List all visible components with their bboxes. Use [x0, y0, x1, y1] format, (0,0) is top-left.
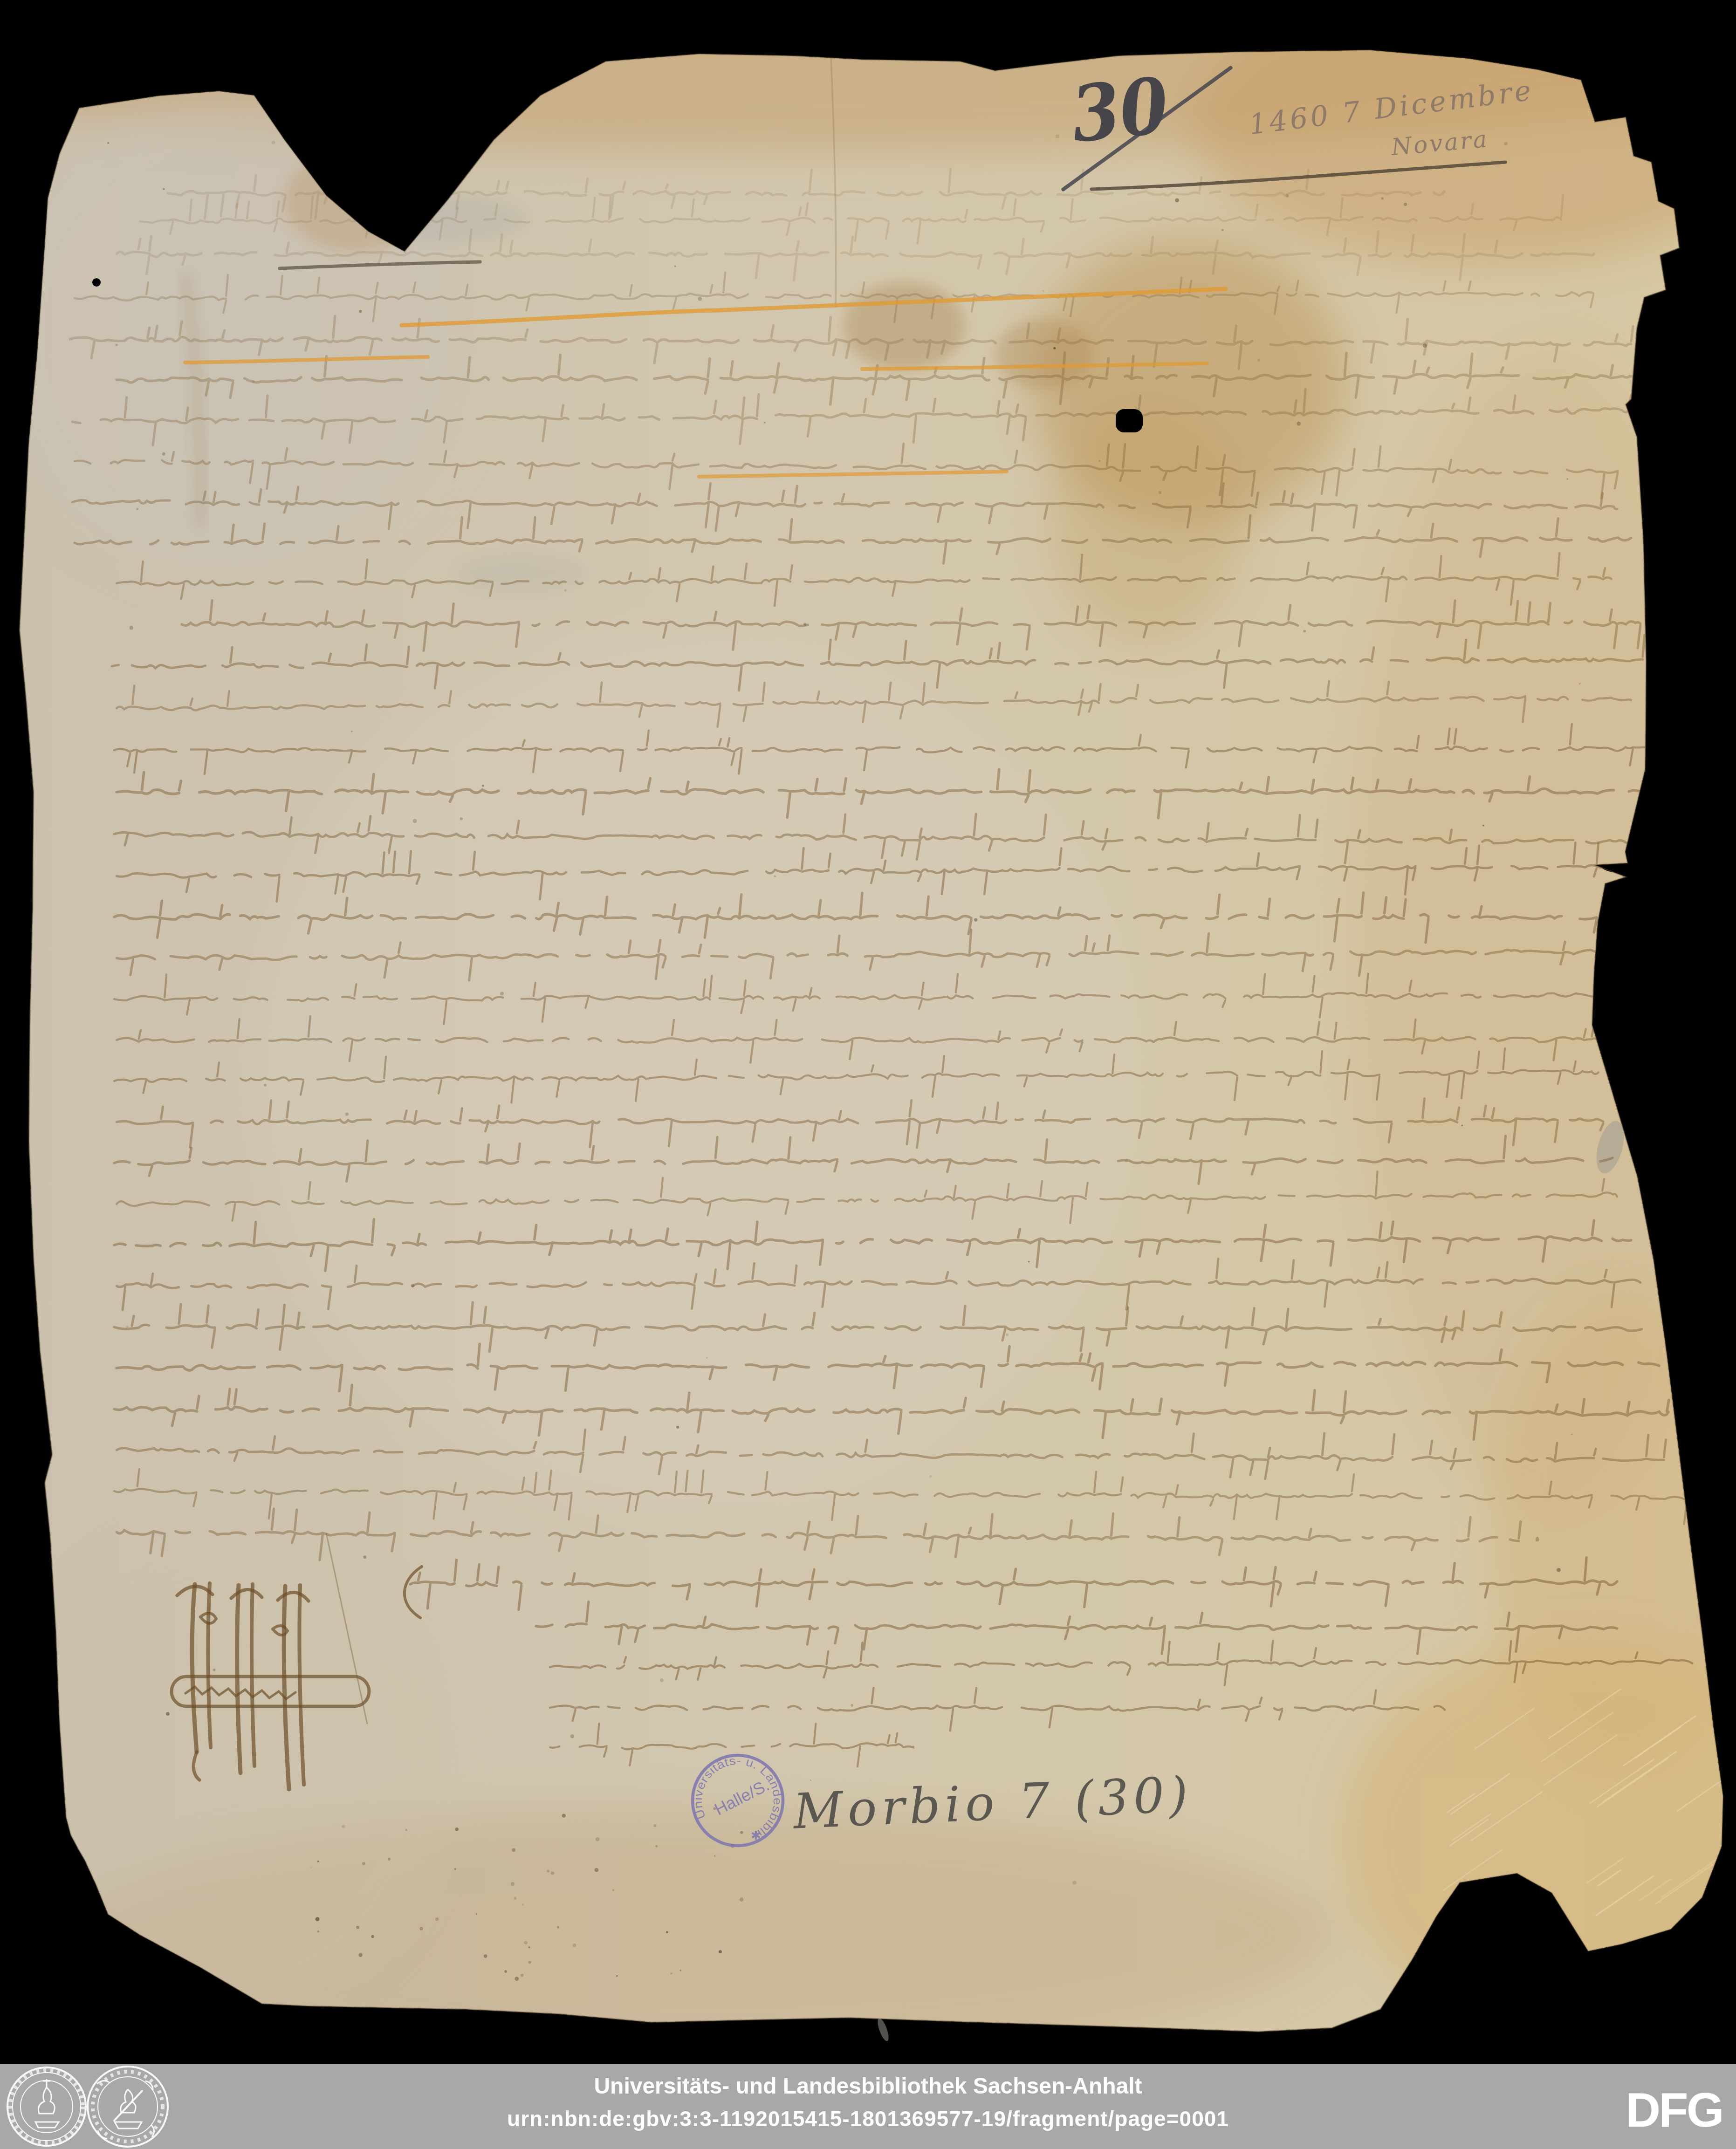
edge-scuff: [876, 2017, 891, 2042]
footer-urn: urn:nbn:de:gbv:3:3-1192015415-1801369577…: [0, 2106, 1736, 2131]
dfg-logo: DFG: [1626, 2083, 1722, 2138]
footer-institution: Universitäts- und Landesbibliothek Sachs…: [0, 2074, 1736, 2099]
library-stamp: Universitäts- u. Landesbibliothek Halle/…: [688, 1751, 787, 1850]
scan-viewer-page: 30 1460 7 Dicembre Novara Morbio 7 (30) …: [0, 0, 1736, 2149]
stamp-center-text: Halle/S.: [711, 1775, 772, 1819]
crossed-out-number: 30: [1067, 60, 1173, 160]
stamp-star-icon: ✱: [751, 1828, 761, 1842]
footer-bar: Universitäts- und Landesbibliothek Sachs…: [0, 2064, 1736, 2149]
